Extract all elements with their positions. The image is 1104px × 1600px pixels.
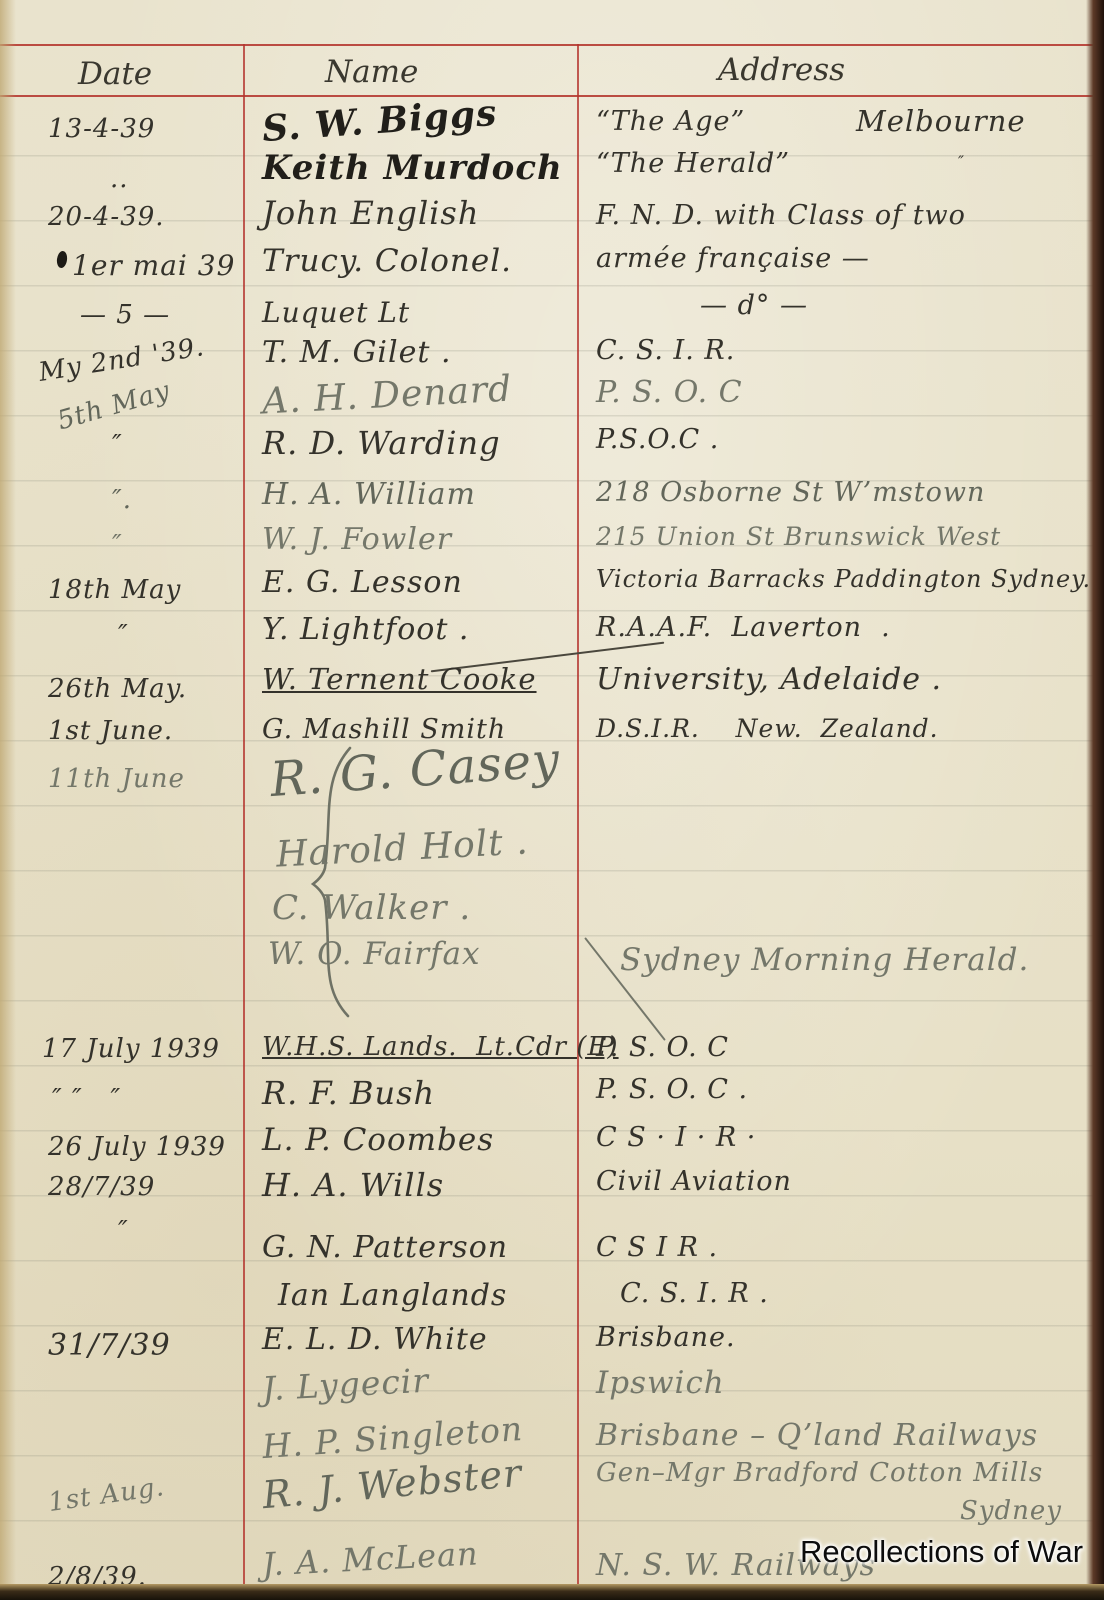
date-cell: ″ [112,430,123,460]
name-cell: Trucy. Colonel. [262,243,512,279]
name-cell: E. G. Lesson [262,565,463,600]
register-row: ″ R. D. Warding P.S.O.C . [0,424,1104,472]
address-cell: C. S. I. R. [596,335,735,366]
register-row: 26 July 1939 L. P. Coombes C S · I · R · [0,1122,1104,1170]
date-cell: ″ [118,620,129,650]
address-cell-2: Sydney [960,1496,1062,1526]
address-cell: C. S. I. R . [620,1278,769,1309]
name-cell: H. A. William [262,477,476,512]
address-cell: Gen–Mgr Bradford Cotton Mills [596,1458,1043,1488]
name-cell: W.H.S. Lands. Lt.Cdr (E) [262,1032,619,1062]
date-cell: 18th May [48,575,181,605]
address-cell: — d° — [700,290,808,321]
name-cell: Harold Holt . [275,821,529,875]
address-cell: Victoria Barracks Paddington Sydney. [596,565,1091,593]
register-row: ″ Y. Lightfoot . R.A.A.F. Laverton . [0,612,1104,660]
date-cell: 1st Aug. [46,1472,166,1518]
page-edge-bottom [0,1584,1104,1600]
name-cell: W. J. Fowler [262,522,452,557]
address-cell-2: ″ [958,152,965,171]
address-cell: Brisbane – Q’land Railways [596,1418,1038,1453]
address-cell: 218 Osborne St W’mstown [596,477,985,508]
date-cell: 31/7/39 [48,1328,171,1363]
name-cell: G. N. Patterson [262,1230,508,1265]
register-row: 18th May E. G. Lesson Victoria Barracks … [0,565,1104,613]
address-cell: “The Age” [596,106,745,137]
date-cell: 28/7/39 [48,1172,155,1202]
address-cell: P. S. O. C . [596,1074,748,1105]
column-header-name: Name [325,54,418,90]
register-row: 26th May. W. Ternent Cooke University, A… [0,662,1104,710]
date-cell: ″ [112,530,123,560]
name-cell: Keith Murdoch [262,148,563,188]
register-page: Date Name Address 13-4-39 S. W. Biggs “T… [0,0,1104,1600]
register-row: 1er mai 39 Trucy. Colonel. armée françai… [0,243,1104,291]
address-cell: P.S.O.C . [596,424,719,455]
date-cell: .. [110,164,129,194]
address-cell: Ipswich [596,1365,725,1401]
register-row: ″ ″ ″ R. F. Bush P. S. O. C . [0,1074,1104,1122]
name-cell: A. H. Denard [261,368,513,422]
register-row: 11th June R. G. Casey [0,748,1104,796]
name-cell: J. A. McLean [261,1534,479,1583]
date-cell: 26 July 1939 [48,1132,226,1162]
date-cell: ″. [112,485,132,515]
address-cell: University, Adelaide . [596,662,942,697]
date-cell: 26th May. [48,674,187,704]
date-cell: 17 July 1939 [42,1034,220,1064]
name-cell: E. L. D. White [262,1322,488,1357]
date-cell: 11th June [48,764,185,794]
date-cell: — 5 — [80,300,170,330]
date-cell: 1st June. [48,716,173,746]
page-edge-right [1086,0,1104,1600]
name-cell: S. W. Biggs [261,92,499,150]
red-rule-header-bottom [0,95,1104,97]
name-cell: R. F. Bush [262,1074,435,1112]
watermark: Recollections of War [800,1534,1083,1570]
date-cell: 20-4-39. [48,202,165,232]
date-cell: ″ [118,1216,129,1246]
address-cell: 215 Union St Brunswick West [596,522,1001,551]
name-cell: R. J. Webster [261,1451,524,1518]
red-rule-top [0,44,1104,46]
register-row: Ian Langlands C. S. I. R . [0,1278,1104,1326]
register-row: 5th May A. H. Denard P. S. O. C [0,375,1104,423]
date-cell: ″ ″ ″ [52,1084,121,1114]
name-cell: W. Ternent Cooke [262,662,537,696]
register-row: W. O. Fairfax Sydney Morning Herald. [0,928,1104,976]
register-row: 1st Aug. R. J. Webster Gen–Mgr Bradford … [0,1458,1104,1506]
date-cell: 13-4-39 [48,114,155,144]
address-cell: D.S.I.R. New. Zealand. [596,714,939,743]
address-cell: F. N. D. with Class of two [596,200,966,231]
name-cell: T. M. Gilet . [262,335,452,370]
column-header-date: Date [78,56,152,92]
address-cell: P. S. O. C [596,1032,729,1063]
register-row: 17 July 1939 W.H.S. Lands. Lt.Cdr (E) P.… [0,1028,1104,1076]
address-cell: C S · I · R · [596,1122,756,1153]
name-cell: Y. Lightfoot . [262,612,469,647]
address-cell: armée française — [596,243,870,274]
name-cell: C. Walker . [272,888,471,928]
date-cell: 1er mai 39 [72,249,235,282]
name-cell: J. Lygecir [261,1361,430,1409]
name-cell: John English [262,194,479,232]
register-row: 31/7/39 E. L. D. White Brisbane. [0,1322,1104,1370]
register-row: 13-4-39 S. W. Biggs “The Age” Melbourne [0,100,1104,148]
column-header-address: Address [718,52,845,88]
address-cell: Civil Aviation [596,1166,792,1197]
address-cell: C S I R . [596,1232,718,1263]
name-cell: W. O. Fairfax [268,936,481,972]
page-edge-left [0,0,16,1600]
address-cell: P. S. O. C [596,375,743,410]
name-cell: R. D. Warding [262,424,501,462]
register-row: ″ W. J. Fowler 215 Union St Brunswick We… [0,522,1104,570]
register-row: 28/7/39 H. A. Wills Civil Aviation [0,1166,1104,1214]
register-row: J. Lygecir Ipswich [0,1365,1104,1413]
ink-blot [56,250,68,268]
name-cell: H. A. Wills [262,1166,444,1204]
register-row: 20-4-39. John English F. N. D. with Clas… [0,194,1104,242]
register-row: — 5 — Luquet Lt — d° — [0,290,1104,338]
name-cell: Ian Langlands [278,1278,507,1313]
register-row: Harold Holt . [0,828,1104,876]
address-cell: Sydney Morning Herald. [620,942,1029,978]
address-cell: Brisbane. [596,1322,736,1353]
name-cell: L. P. Coombes [262,1122,494,1158]
address-cell-2: Melbourne [856,104,1026,138]
name-cell: Luquet Lt [262,296,410,329]
address-cell: “The Herald” [596,148,790,179]
register-row: ″ G. N. Patterson C S I R . [0,1212,1104,1260]
register-row: ″. H. A. William 218 Osborne St W’mstown [0,477,1104,525]
register-row: .. Keith Murdoch “The Herald” ″ [0,148,1104,196]
address-cell: R.A.A.F. Laverton . [596,612,891,643]
